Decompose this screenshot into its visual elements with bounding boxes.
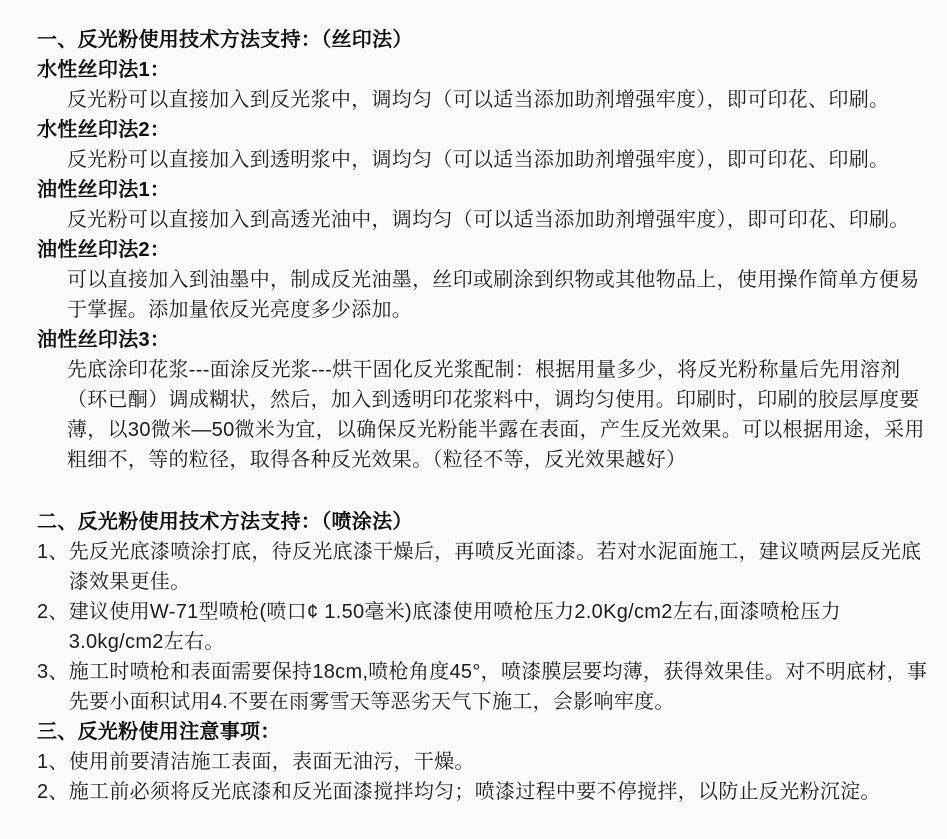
list-item-number: 3、 (37, 657, 69, 687)
subheading-water-silk-1: 水性丝印法1： (37, 55, 933, 85)
list-item: 1、 先反光底漆喷涂打底，待反光底漆干燥后，再喷反光面漆。若对水泥面施工，建议喷… (37, 537, 933, 597)
paragraph-oil-silk-1: 反光粉可以直接加入到高透光油中，调均匀（可以适当添加助剂增强牢度），即可印花、印… (37, 205, 933, 235)
list-item-text: 使用前要清洁施工表面，表面无油污，干燥。 (69, 747, 933, 777)
section-3-heading: 三、反光粉使用注意事项： (37, 717, 933, 747)
section-silk-print-methods: 一、反光粉使用技术方法支持：（丝印法） 水性丝印法1： 反光粉可以直接加入到反光… (37, 25, 933, 475)
paragraph-water-silk-2: 反光粉可以直接加入到透明浆中，调均匀（可以适当添加助剂增强牢度），即可印花、印刷… (37, 145, 933, 175)
list-item-number: 2、 (37, 777, 69, 807)
document-page: 一、反光粉使用技术方法支持：（丝印法） 水性丝印法1： 反光粉可以直接加入到反光… (0, 0, 947, 839)
list-item-number: 2、 (37, 597, 69, 627)
subheading-oil-silk-1: 油性丝印法1： (37, 175, 933, 205)
paragraph-oil-silk-3: 先底涂印花浆---面涂反光浆---烘干固化反光浆配制：根据用量多少，将反光粉称量… (37, 355, 933, 475)
list-item-text: 建议使用W-71型喷枪(喷口¢ 1.50毫米)底漆使用喷枪压力2.0Kg/cm2… (69, 597, 933, 657)
list-item-number: 1、 (37, 537, 69, 567)
list-item-text: 施工时喷枪和表面需要保持18cm,喷枪角度45°，喷漆膜层要均薄，获得效果佳。对… (69, 657, 933, 717)
section-1-heading: 一、反光粉使用技术方法支持：（丝印法） (37, 25, 933, 55)
list-item-text: 施工前必须将反光底漆和反光面漆搅拌均匀；喷漆过程中要不停搅拌，以防止反光粉沉淀。 (69, 777, 933, 807)
list-item: 3、 施工时喷枪和表面需要保持18cm,喷枪角度45°，喷漆膜层要均薄，获得效果… (37, 657, 933, 717)
paragraph-water-silk-1: 反光粉可以直接加入到反光浆中，调均匀（可以适当添加助剂增强牢度），即可印花、印刷… (37, 85, 933, 115)
section-spray-methods: 二、反光粉使用技术方法支持：（喷涂法） 1、 先反光底漆喷涂打底，待反光底漆干燥… (37, 507, 933, 717)
paragraph-oil-silk-2: 可以直接加入到油墨中，制成反光油墨，丝印或刷涂到织物或其他物品上，使用操作简单方… (37, 265, 933, 325)
section-precautions: 三、反光粉使用注意事项： 1、 使用前要清洁施工表面，表面无油污，干燥。 2、 … (37, 717, 933, 807)
subheading-water-silk-2: 水性丝印法2： (37, 115, 933, 145)
list-item-text: 先反光底漆喷涂打底，待反光底漆干燥后，再喷反光面漆。若对水泥面施工，建议喷两层反… (69, 537, 933, 597)
section-2-heading: 二、反光粉使用技术方法支持：（喷涂法） (37, 507, 933, 537)
subheading-oil-silk-3: 油性丝印法3： (37, 325, 933, 355)
list-item-number: 1、 (37, 747, 69, 777)
list-item: 2、 建议使用W-71型喷枪(喷口¢ 1.50毫米)底漆使用喷枪压力2.0Kg/… (37, 597, 933, 657)
list-item: 1、 使用前要清洁施工表面，表面无油污，干燥。 (37, 747, 933, 777)
subheading-oil-silk-2: 油性丝印法2： (37, 235, 933, 265)
list-item: 2、 施工前必须将反光底漆和反光面漆搅拌均匀；喷漆过程中要不停搅拌，以防止反光粉… (37, 777, 933, 807)
